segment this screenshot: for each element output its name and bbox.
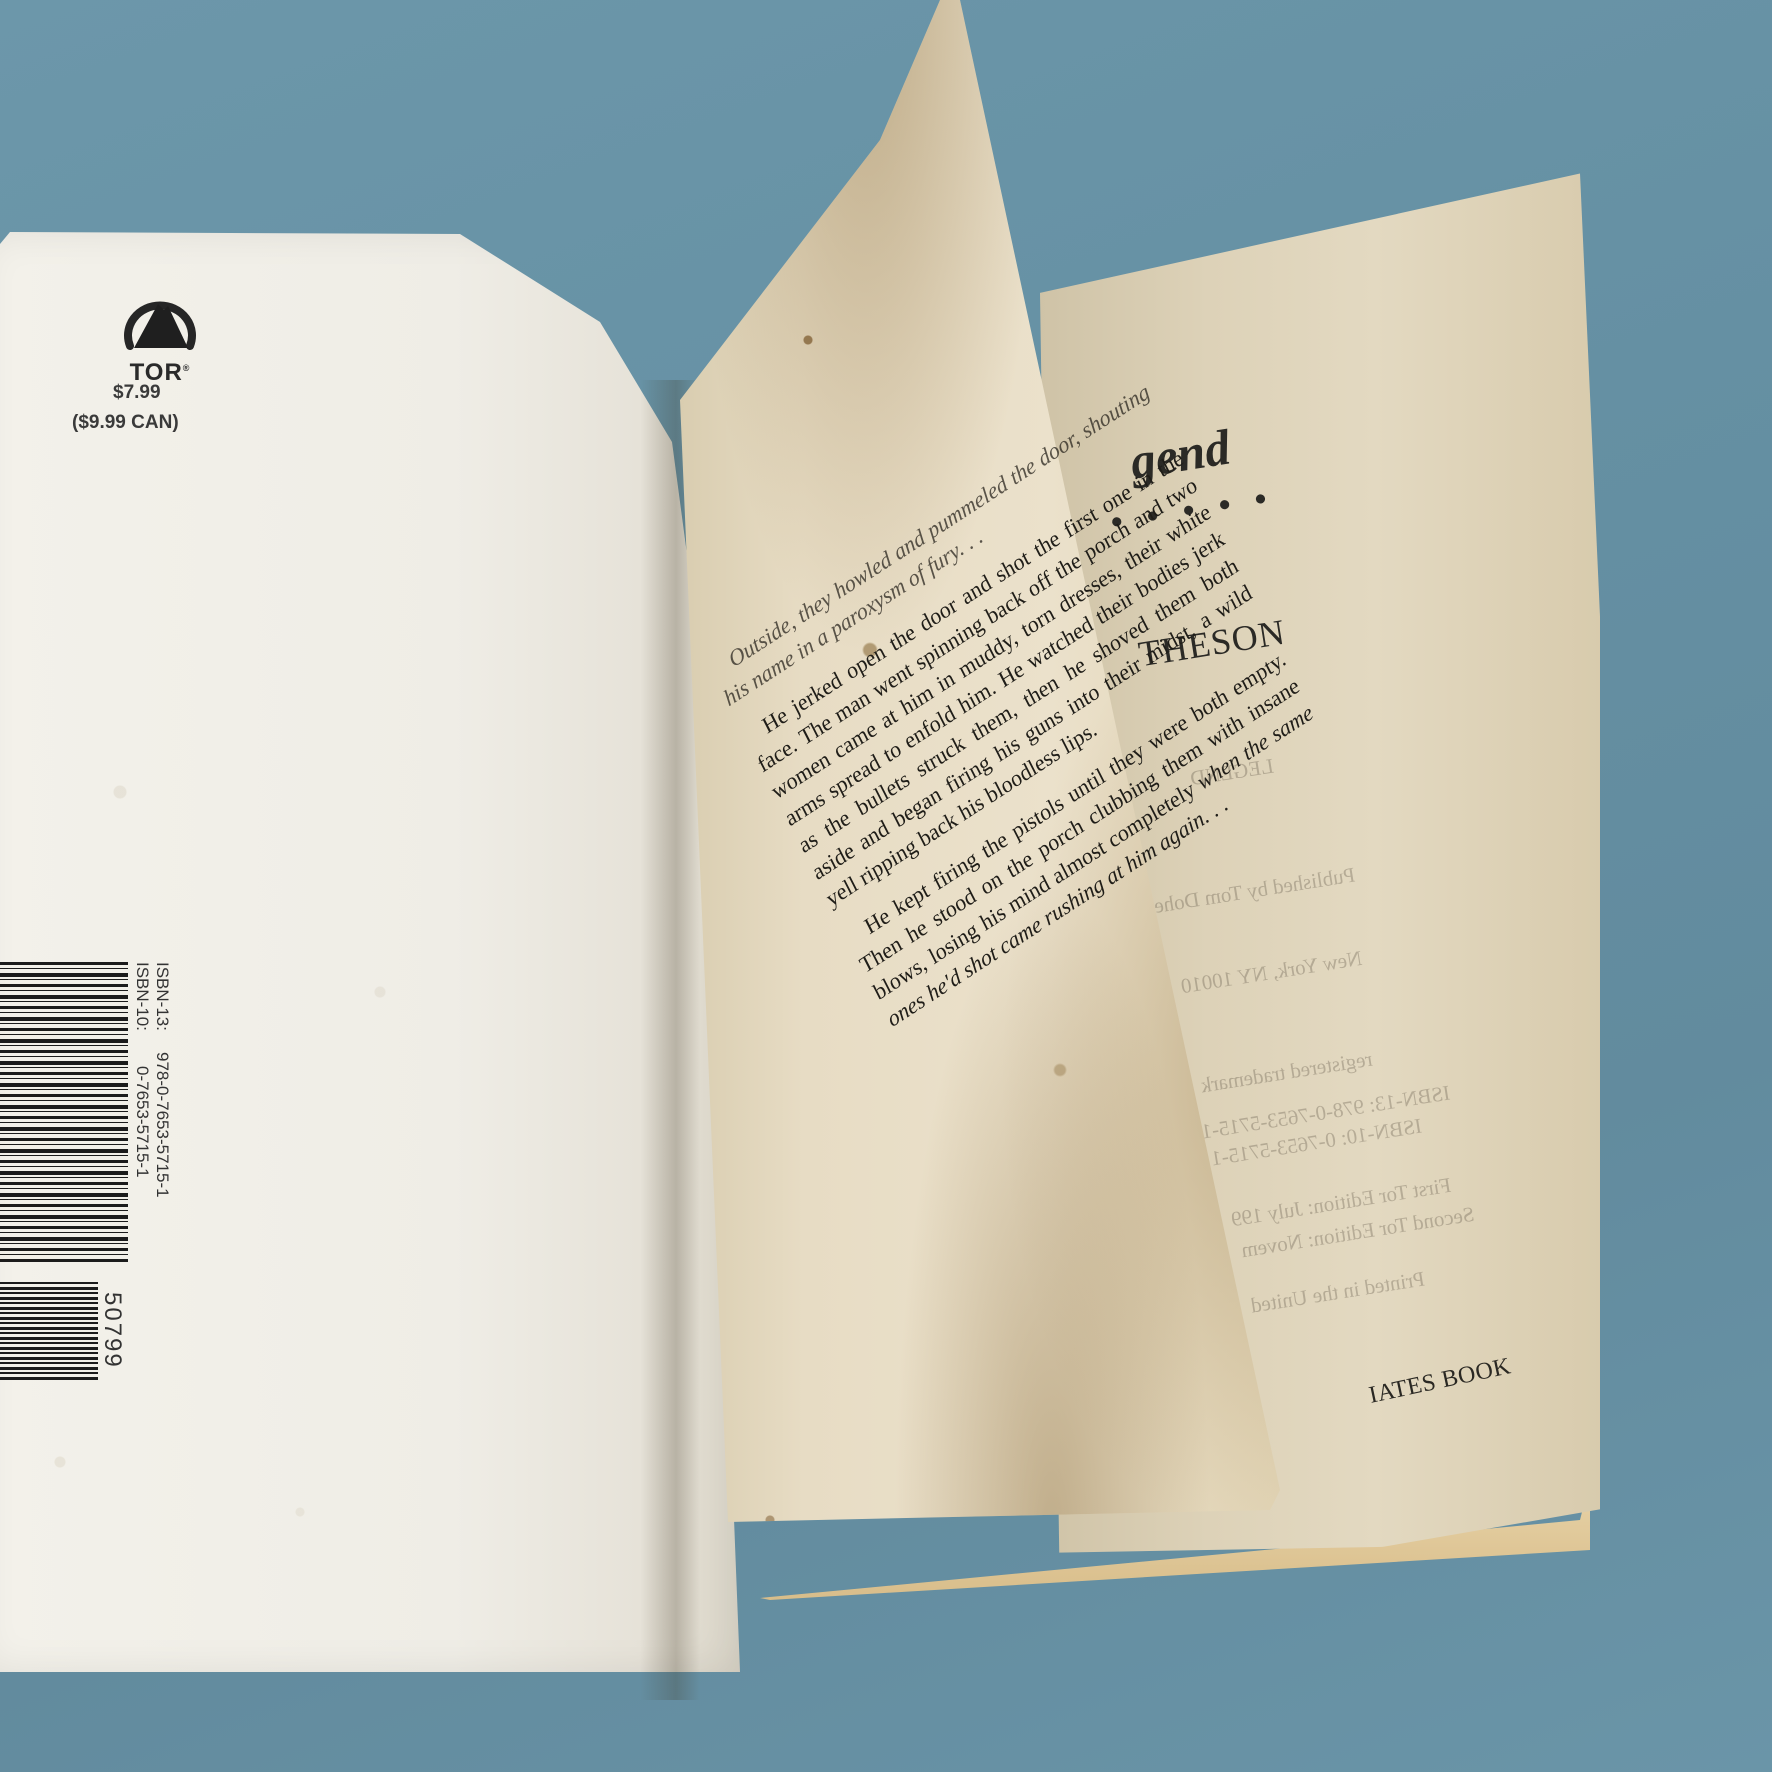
barcode-bars — [0, 962, 128, 1262]
publisher-name: TOR® — [118, 356, 202, 385]
isbn13-line: ISBN-13:978-0-7653-5715-1 — [152, 962, 172, 1382]
price-us: $7.99 — [113, 382, 161, 404]
tor-logo: TOR® — [118, 288, 202, 385]
book-photo-scene: LEGEND Published by Tom Doherty New York… — [0, 0, 1772, 1772]
barcode-addon-digits: 50799 — [98, 1292, 126, 1369]
barcode-addon-bars — [0, 1282, 98, 1382]
isbn-barcode: ISBN-13:978-0-7653-5715-1 ISBN-10:0-7653… — [12, 962, 172, 1382]
price-canada: ($9.99 CAN) — [72, 412, 179, 434]
tor-mountain-icon — [118, 288, 202, 358]
isbn10-line: ISBN-10:0-7653-5715-1 — [132, 962, 152, 1382]
